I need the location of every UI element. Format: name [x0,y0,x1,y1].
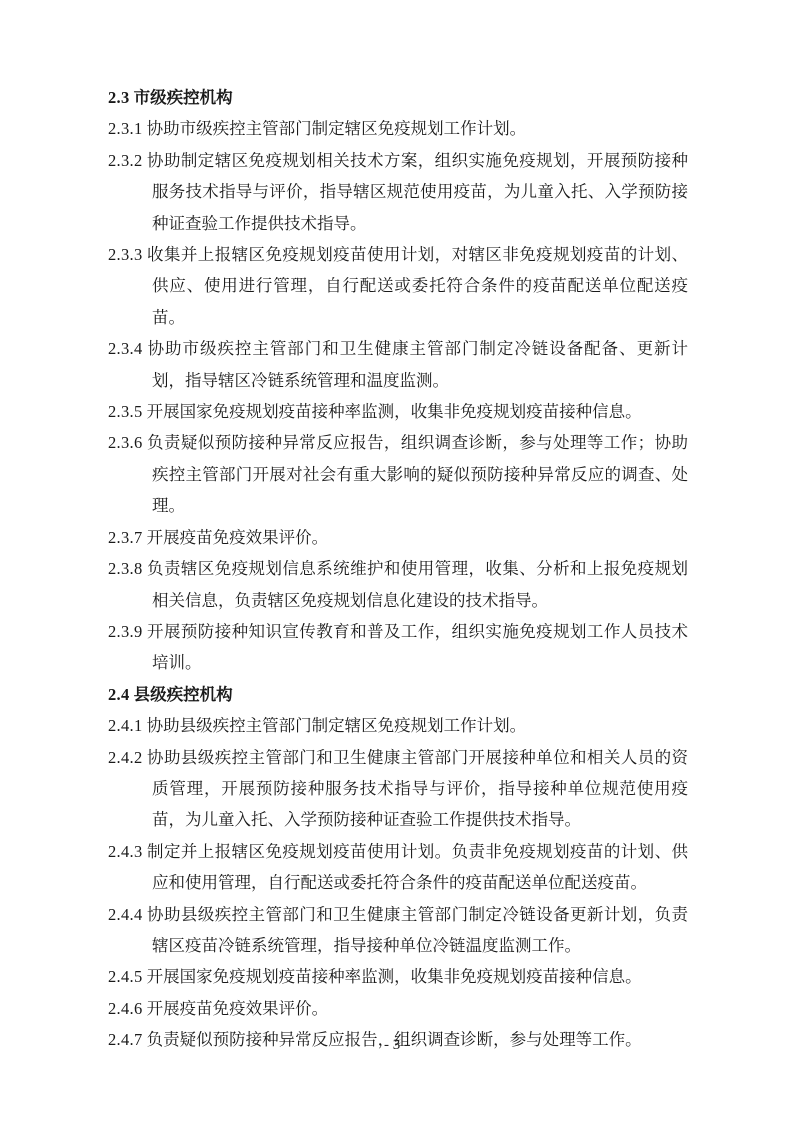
item-text: 开展疫苗免疫效果评价。 [147,999,329,1018]
item-number: 2.4.2 [108,748,143,767]
document-body: 2.3 市级疾控机构2.3.1 协助市级疾控主管部门制定辖区免疫规划工作计划。2… [108,82,688,1056]
item-text: 协助市级疾控主管部门和卫生健康主管部门制定冷链设备配备、更新计划，指导辖区冷链系… [148,339,688,389]
item-text: 县级疾控机构 [134,685,233,704]
item-text: 开展国家免疫规划疫苗接种率监测，收集非免疫规划疫苗接种信息。 [147,967,642,986]
item-text: 收集并上报辖区免疫规划疫苗使用计划，对辖区非免疫规划疫苗的计划、供应、使用进行管… [147,245,688,327]
item-number: 2.3.8 [108,559,143,578]
item-number: 2.4.3 [108,842,143,861]
document-page: 2.3 市级疾控机构2.3.1 协助市级疾控主管部门制定辖区免疫规划工作计划。2… [0,0,793,1122]
list-item: 2.3.4 协助市级疾控主管部门和卫生健康主管部门制定冷链设备配备、更新计划，指… [108,333,688,396]
item-text: 市级疾控机构 [134,88,233,107]
list-item: 2.3.1 协助市级疾控主管部门制定辖区免疫规划工作计划。 [108,113,688,144]
list-item: 2.3.8 负责辖区免疫规划信息系统维护和使用管理，收集、分析和上报免疫规划相关… [108,553,688,616]
page-footer: - 3 - [0,1030,793,1061]
item-number: 2.3.4 [108,339,143,358]
item-number: 2.3.6 [108,433,143,452]
item-number: 2.4.6 [108,999,143,1018]
item-text: 协助制定辖区免疫规划相关技术方案，组织实施免疫规划，开展预防接种服务技术指导与评… [147,151,688,233]
list-item: 2.4.5 开展国家免疫规划疫苗接种率监测，收集非免疫规划疫苗接种信息。 [108,961,688,992]
item-number: 2.3.7 [108,528,143,547]
item-text: 协助市级疾控主管部门制定辖区免疫规划工作计划。 [147,119,527,138]
list-item: 2.4.2 协助县级疾控主管部门和卫生健康主管部门开展接种单位和相关人员的资质管… [108,742,688,836]
item-text: 开展预防接种知识宣传教育和普及工作，组织实施免疫规划工作人员技术培训。 [147,622,688,672]
list-item: 2.3.5 开展国家免疫规划疫苗接种率监测，收集非免疫规划疫苗接种信息。 [108,396,688,427]
item-text: 负责疑似预防接种异常反应报告，组织调查诊断，参与处理等工作；协助疾控主管部门开展… [147,433,688,515]
list-item: 2.3.6 负责疑似预防接种异常反应报告，组织调查诊断，参与处理等工作；协助疾控… [108,427,688,521]
item-number: 2.3.5 [108,402,143,421]
list-item: 2.3.9 开展预防接种知识宣传教育和普及工作，组织实施免疫规划工作人员技术培训… [108,616,688,679]
item-number: 2.3.9 [108,622,143,641]
list-item: 2.4.6 开展疫苗免疫效果评价。 [108,993,688,1024]
list-item: 2.3.2 协助制定辖区免疫规划相关技术方案，组织实施免疫规划，开展预防接种服务… [108,145,688,239]
item-number: 2.4.5 [108,967,143,986]
item-text: 协助县级疾控主管部门和卫生健康主管部门开展接种单位和相关人员的资质管理，开展预防… [147,748,688,830]
item-text: 开展疫苗免疫效果评价。 [147,528,329,547]
item-number: 2.3.1 [108,119,143,138]
list-item: 2.4.3 制定并上报辖区免疫规划疫苗使用计划。负责非免疫规划疫苗的计划、供应和… [108,836,688,899]
item-text: 制定并上报辖区免疫规划疫苗使用计划。负责非免疫规划疫苗的计划、供应和使用管理，自… [147,842,688,892]
item-number: 2.3 [108,88,130,107]
item-number: 2.4.1 [108,716,143,735]
list-item: 2.3.3 收集并上报辖区免疫规划疫苗使用计划，对辖区非免疫规划疫苗的计划、供应… [108,239,688,333]
section-heading: 2.3 市级疾控机构 [108,82,688,113]
item-text: 协助县级疾控主管部门和卫生健康主管部门制定冷链设备更新计划，负责辖区疫苗冷链系统… [147,905,688,955]
item-text: 负责辖区免疫规划信息系统维护和使用管理，收集、分析和上报免疫规划相关信息，负责辖… [147,559,688,609]
item-number: 2.4.4 [108,905,143,924]
list-item: 2.4.4 协助县级疾控主管部门和卫生健康主管部门制定冷链设备更新计划，负责辖区… [108,899,688,962]
item-number: 2.4 [108,685,130,704]
item-number: 2.3.3 [108,245,143,264]
section-heading: 2.4 县级疾控机构 [108,679,688,710]
list-item: 2.4.1 协助县级疾控主管部门制定辖区免疫规划工作计划。 [108,710,688,741]
item-text: 协助县级疾控主管部门制定辖区免疫规划工作计划。 [147,716,527,735]
item-text: 开展国家免疫规划疫苗接种率监测，收集非免疫规划疫苗接种信息。 [147,402,642,421]
item-number: 2.3.2 [108,151,143,170]
list-item: 2.3.7 开展疫苗免疫效果评价。 [108,522,688,553]
page-number: - 3 - [384,1037,409,1053]
